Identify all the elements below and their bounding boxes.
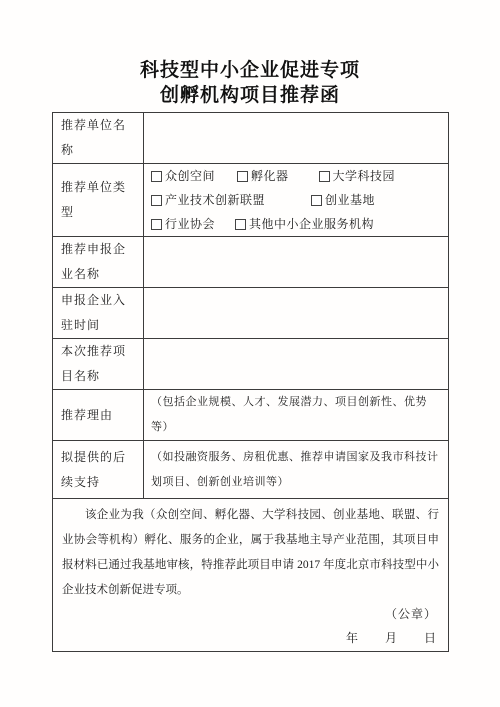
date-line[interactable]: 年 月 日 (62, 626, 439, 651)
table-row-declaration: 该企业为我（众创空间、孵化器、大学科技园、创业基地、联盟、行业协会等机构）孵化、… (53, 499, 449, 652)
table-row-entry-time: 申报企业入驻时间 (53, 288, 449, 339)
checkbox-option-industry-alliance[interactable]: 产业技术创新联盟 (151, 188, 265, 213)
field-hint-recommend-reason: （包括企业规模、人才、发展潜力、项目创新性、优势等） (151, 396, 427, 433)
document-title-line1: 科技型中小企业促进专项 (0, 58, 500, 83)
field-value-unit-name[interactable] (144, 113, 449, 164)
checkbox-icon (151, 195, 162, 206)
seal-placeholder: （公章） (62, 605, 439, 623)
field-value-follow-up-support[interactable]: （如投融资服务、房租优惠、推荐申请国家及我市科技计划项目、创新创业培训等） (144, 441, 449, 499)
checkbox-label: 孵化器 (251, 164, 289, 189)
table-row-unit-name: 推荐单位名称 (53, 113, 449, 164)
field-label-project-name: 本次推荐项目名称 (53, 339, 144, 390)
field-value-recommend-reason[interactable]: （包括企业规模、人才、发展潜力、项目创新性、优势等） (144, 390, 449, 441)
field-label-enterprise-name: 推荐申报企业名称 (53, 237, 144, 288)
declaration-cell: 该企业为我（众创空间、孵化器、大学科技园、创业基地、联盟、行业协会等机构）孵化、… (53, 499, 449, 652)
field-label-unit-type: 推荐单位类型 (53, 164, 144, 237)
field-value-entry-time[interactable] (144, 288, 449, 339)
checkbox-line-1: 众创空间 孵化器 大学科技园 (151, 164, 442, 188)
checkbox-line-3: 行业协会 其他中小企业服务机构 (151, 212, 442, 236)
checkbox-icon (237, 171, 248, 182)
field-value-unit-type: 众创空间 孵化器 大学科技园 产业技术创新联盟 (144, 164, 449, 237)
document-page: 科技型中小企业促进专项 创孵机构项目推荐函 推荐单位名称 推荐单位类型 众创空间… (0, 0, 500, 707)
checkbox-option-other-sme-service[interactable]: 其他中小企业服务机构 (235, 212, 374, 237)
checkbox-option-university-science-park[interactable]: 大学科技园 (319, 164, 396, 189)
checkbox-label: 大学科技园 (333, 164, 396, 189)
table-row-follow-up-support: 拟提供的后续支持 （如投融资服务、房租优惠、推荐申请国家及我市科技计划项目、创新… (53, 441, 449, 499)
checkbox-label: 创业基地 (325, 188, 375, 213)
field-value-project-name[interactable] (144, 339, 449, 390)
document-title: 科技型中小企业促进专项 创孵机构项目推荐函 (0, 0, 500, 108)
checkbox-icon (235, 219, 246, 230)
checkbox-label: 产业技术创新联盟 (165, 188, 265, 213)
field-label-entry-time: 申报企业入驻时间 (53, 288, 144, 339)
checkbox-icon (151, 171, 162, 182)
checkbox-option-industry-association[interactable]: 行业协会 (151, 212, 215, 237)
table-row-enterprise-name: 推荐申报企业名称 (53, 237, 449, 288)
field-hint-follow-up-support: （如投融资服务、房租优惠、推荐申请国家及我市科技计划项目、创新创业培训等） (151, 451, 439, 488)
checkbox-label: 其他中小企业服务机构 (249, 212, 374, 237)
checkbox-icon (311, 195, 322, 206)
checkbox-icon (151, 219, 162, 230)
table-row-project-name: 本次推荐项目名称 (53, 339, 449, 390)
field-label-follow-up-support: 拟提供的后续支持 (53, 441, 144, 499)
checkbox-label: 行业协会 (165, 212, 215, 237)
checkbox-line-2: 产业技术创新联盟 创业基地 (151, 188, 442, 212)
checkbox-label: 众创空间 (165, 164, 215, 189)
table-row-unit-type: 推荐单位类型 众创空间 孵化器 大学科技园 (53, 164, 449, 237)
checkbox-option-startup-base[interactable]: 创业基地 (311, 188, 375, 213)
declaration-paragraph: 该企业为我（众创空间、孵化器、大学科技园、创业基地、联盟、行业协会等机构）孵化、… (62, 503, 439, 603)
checkbox-option-incubator[interactable]: 孵化器 (237, 164, 289, 189)
checkbox-option-makerspace[interactable]: 众创空间 (151, 164, 215, 189)
document-title-line2: 创孵机构项目推荐函 (0, 83, 500, 108)
table-row-recommend-reason: 推荐理由 （包括企业规模、人才、发展潜力、项目创新性、优势等） (53, 390, 449, 441)
checkbox-icon (319, 171, 330, 182)
recommendation-form-table: 推荐单位名称 推荐单位类型 众创空间 孵化器 大学科技园 (52, 112, 449, 652)
field-label-recommend-reason: 推荐理由 (53, 390, 144, 441)
field-label-unit-name: 推荐单位名称 (53, 113, 144, 164)
field-value-enterprise-name[interactable] (144, 237, 449, 288)
